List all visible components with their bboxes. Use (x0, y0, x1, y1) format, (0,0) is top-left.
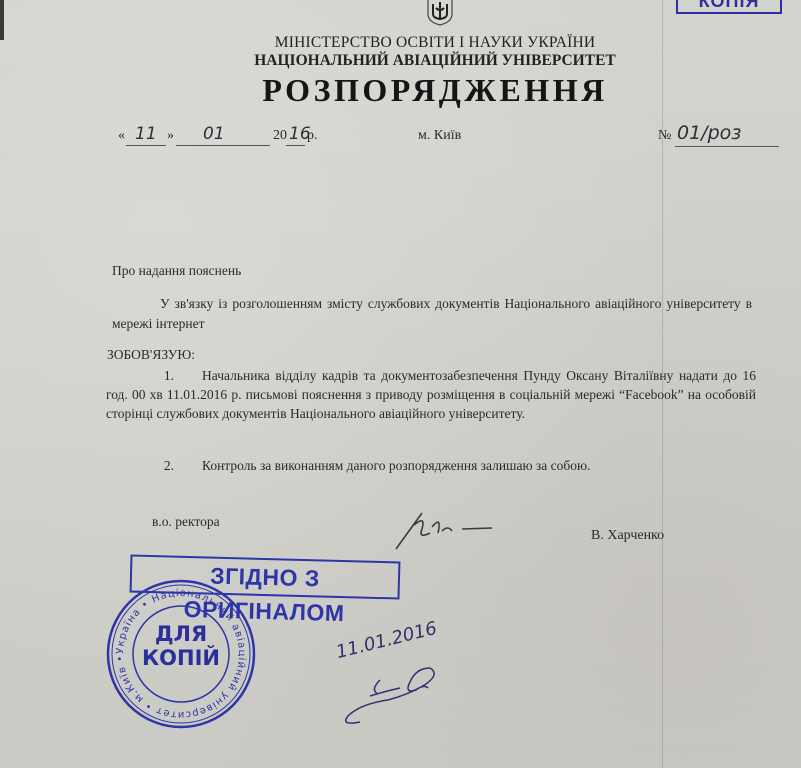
item-number: 2. (106, 456, 202, 475)
photo-edge (0, 0, 4, 40)
day-underline (126, 145, 166, 146)
item-text: Начальника відділу кадрів та документоза… (106, 368, 756, 421)
order-item-2: 2.Контроль за виконанням даного розпоряд… (106, 456, 756, 475)
item-number: 1. (106, 366, 202, 385)
year-underline (286, 145, 305, 146)
preamble-paragraph: У зв'язку із розголошенням змісту службо… (112, 294, 752, 334)
open-quote: « (118, 128, 125, 144)
certified-copy-stamp: ЗГІДНО З ОРИГІНАЛОМ (130, 554, 401, 599)
day-value: 11 (135, 124, 157, 144)
certifier-signature-icon (330, 650, 460, 730)
order-item-1: 1.Начальника відділу кадрів та документо… (106, 366, 756, 423)
month-value: 01 (203, 124, 225, 144)
preamble-text: У зв'язку із розголошенням змісту службо… (112, 296, 752, 331)
document-subject: Про надання пояснень (112, 263, 241, 279)
ministry-name: МІНІСТЕРСТВО ОСВІТИ І НАУКИ УКРАЇНИ (250, 34, 620, 52)
university-name: НАЦІОНАЛЬНИЙ АВІАЦІЙНИЙ УНІВЕРСИТЕТ (250, 52, 620, 70)
signer-name: В. Харченко (591, 528, 664, 544)
seal-line-2: КОПІЙ (105, 646, 257, 670)
oblige-heading: ЗОБОВ'ЯЗУЮ: (107, 347, 195, 363)
signer-role: в.о. ректора (152, 514, 220, 530)
copy-stamp: КОПІЯ (676, 0, 782, 14)
month-underline (176, 145, 270, 146)
trident-coat-of-arms-icon (425, 0, 455, 26)
handwritten-signature-icon (392, 505, 502, 553)
year-unit: р. (307, 128, 318, 144)
number-underline (675, 146, 779, 147)
close-quote: » (167, 128, 174, 144)
item-text: Контроль за виконанням даного розпорядже… (202, 458, 590, 473)
number-value: 01/роз (677, 122, 741, 144)
document-title: РОЗПОРЯДЖЕННЯ (250, 72, 620, 109)
number-label: № (658, 128, 671, 144)
city: м. Київ (418, 128, 461, 144)
year-prefix: 20 (273, 128, 287, 144)
seal-center-text: ДЛЯ КОПІЙ (105, 622, 257, 670)
